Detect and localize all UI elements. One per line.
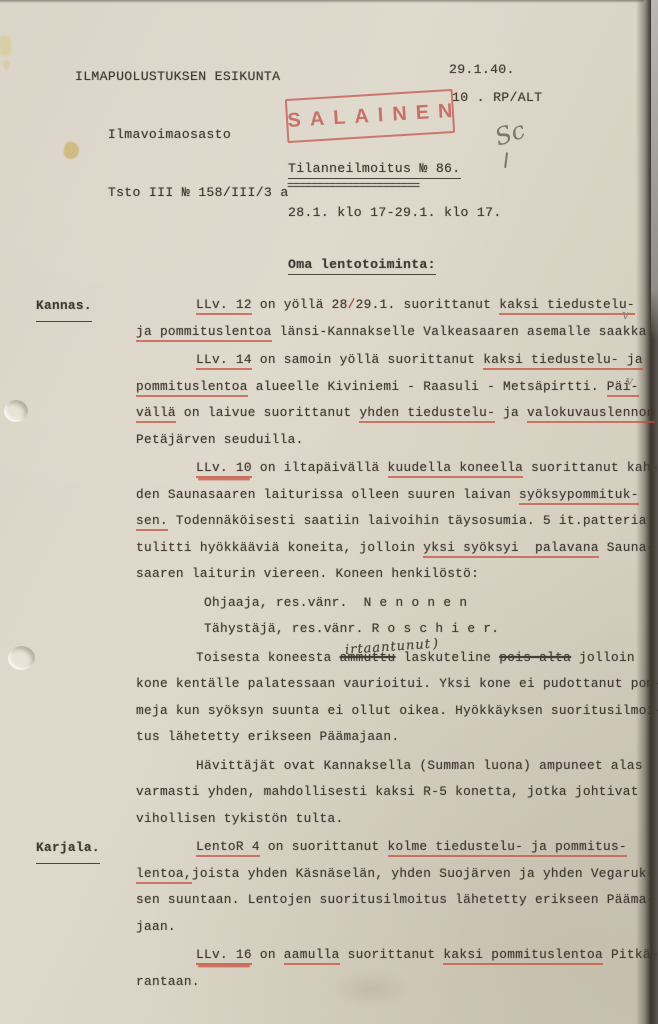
text-segment: on suorittanut [260, 839, 388, 854]
text-segment: on yöllä 28 [252, 297, 348, 312]
text-segment: pois alta [499, 650, 571, 665]
text-segment: joista yhden Käsnäselän, yhden Suojärven… [192, 866, 655, 881]
text-line: LLv. 12 on yöllä 28/29.1. suorittanut ka… [136, 292, 648, 319]
document-date: 29.1.40. [449, 62, 515, 77]
text-segment: on [252, 947, 284, 962]
text-segment: kolme tiedustelu- ja pommitus- [388, 839, 627, 857]
text-segment: kaksi tiedustelu- [499, 297, 635, 315]
text-segment: Petäjärven seuduilla. [136, 432, 304, 447]
text-segment: vihollisen tykistön tulta. [136, 811, 343, 826]
paragraph: Hävittäjät ovat Kannaksella (Summan luon… [136, 753, 648, 833]
text-line: den Saunasaaren laiturissa olleen suuren… [136, 482, 648, 509]
text-segment: länsi-Kannakselle Valkeasaaren asemalle … [272, 324, 655, 339]
text-segment: aamulla [284, 947, 340, 965]
paragraph: LLv. 16 on aamulla suorittanut kaksi pom… [136, 942, 648, 995]
text-segment: pommituslentoa [136, 379, 248, 397]
text-segment: 29.1. suorittanut [356, 297, 500, 312]
report-section: Karjala.LentoR 4 on suorittanut kolme ti… [136, 834, 648, 995]
text-segment: kaksi tiedustelu- ja [483, 352, 643, 370]
text-segment: / [348, 297, 356, 312]
text-line: sen. Todennäköisesti saatiin laivoihin t… [136, 508, 648, 535]
paper-right-sliver [651, 0, 658, 340]
text-line: kone kentälle palatessaan vaurioitui. Yk… [136, 671, 648, 698]
text-line: ja pommituslentoa länsi-Kannakselle Valk… [136, 319, 648, 346]
text-line: Hävittäjät ovat Kannaksella (Summan luon… [136, 753, 648, 780]
secret-stamp: SALAINEN [285, 89, 455, 143]
text-segment: LLv. 16 [196, 947, 252, 965]
text-line: varmasti yhden, mahdollisesti kaksi R-5 … [136, 779, 648, 806]
text-segment: suorittanut kah- [523, 460, 658, 475]
text-line: Toisesta koneesta ammuttu laskutelineirt… [136, 645, 648, 672]
text-segment: tus lähetetty erikseen Päämajaan. [136, 729, 399, 744]
text-segment: lentoa, [136, 866, 192, 884]
paragraph: Toisesta koneesta ammuttu laskutelineirt… [136, 645, 648, 751]
text-segment: Todennäköisesti saatiin laivoihin täysos… [168, 513, 647, 528]
text-segment: den Saunasaaren laiturissa olleen suuren… [136, 487, 519, 502]
text-segment: on iltapäivällä [252, 460, 388, 475]
text-line: sen suuntaan. Lentojen suoritusilmoitus … [136, 887, 648, 914]
text-segment: Pitkä- [603, 947, 658, 962]
paragraph: LentoR 4 on suorittanut kolme tiedustelu… [136, 834, 648, 940]
text-segment: meja kun syöksyn suunta ei ollut oikea. … [136, 703, 658, 718]
text-segment: rantaan. [136, 974, 200, 989]
text-line: lentoa,joista yhden Käsnäselän, yhden Su… [136, 861, 648, 888]
margin-section-label: Karjala. [36, 835, 100, 864]
report-section: Kannas.LLv. 12 on yöllä 28/29.1. suoritt… [136, 292, 648, 832]
org-line-3: Tsto III № 158/III/3 a [108, 185, 289, 200]
text-line: LentoR 4 on suorittanut kolme tiedustelu… [136, 834, 648, 861]
text-segment: on laivue suorittanut [176, 405, 360, 420]
text-line: LLv. 14 on samoin yöllä suorittanut kaks… [136, 347, 648, 374]
tape-residue [0, 36, 11, 56]
text-segment: kaksi pommituslentoa [443, 947, 603, 965]
text-segment: varmasti yhden, mahdollisesti kaksi R-5 … [136, 784, 639, 799]
text-segment: Hävittäjät ovat Kannaksella (Summan luon… [196, 758, 643, 773]
tape-residue [3, 60, 10, 69]
text-segment: on samoin yöllä suorittanut [252, 352, 483, 367]
text-segment: sen suuntaan. Lentojen suoritusilmoitus … [136, 892, 655, 907]
text-segment: syöksypommituk- [519, 487, 639, 505]
text-segment: kuudella koneella [388, 460, 524, 478]
text-segment: LLv. 10 [196, 460, 252, 478]
document-page: ILMAPUOLUSTUKSEN ESIKUNTA Ilmavoimaosast… [0, 0, 658, 1024]
paragraph: LLv. 14 on samoin yöllä suorittanut kaks… [136, 347, 648, 453]
text-line: vihollisen tykistön tulta. [136, 806, 648, 833]
text-line: tulitti hyökkääviä koneita, jolloin yksi… [136, 535, 648, 562]
text-segment: sen. [136, 513, 168, 531]
text-line: LLv. 16 on aamulla suorittanut kaksi pom… [136, 942, 648, 969]
text-line: vällä on laivue suorittanut yhden tiedus… [136, 400, 648, 427]
document-reference: 10 . RP/ALT [452, 90, 542, 105]
text-segment: Toisesta koneesta [196, 650, 340, 665]
text-segment: yhden tiedustelu- [359, 405, 495, 423]
text-segment: valokuvauslennon [527, 405, 655, 423]
text-segment: ja [495, 405, 527, 420]
org-line-2: Ilmavoimaosasto [108, 127, 231, 142]
text-line: Petäjärven seuduilla. [136, 427, 648, 454]
text-segment: laskutelineirtaantunut [403, 650, 491, 665]
section-heading: Oma lentotoiminta: [288, 257, 436, 275]
text-segment: ja pommituslentoa [136, 324, 272, 342]
text-line: LLv. 10 on iltapäivällä kuudella koneell… [136, 455, 648, 482]
text-segment: jaan. [136, 919, 176, 934]
text-segment: yksi syöksyi palavana [423, 540, 599, 558]
paper-top-edge [0, 0, 644, 3]
text-segment: LentoR 4 [196, 839, 260, 857]
text-segment: Päi- [607, 379, 639, 397]
paragraph: LLv. 10 on iltapäivällä kuudella koneell… [136, 455, 648, 588]
text-line: jaan. [136, 914, 648, 941]
text-line: tus lähetetty erikseen Päämajaan. [136, 724, 648, 751]
margin-section-label: Kannas. [36, 293, 92, 322]
title-underline-row: ====================== [287, 179, 419, 193]
text-segment: suorittanut [340, 947, 444, 962]
text-segment: tulitti hyökkääviä koneita, jolloin [136, 540, 423, 555]
text-segment: jolloin [571, 650, 635, 665]
text-segment: Sauna- [599, 540, 655, 555]
paragraph: LLv. 12 on yöllä 28/29.1. suorittanut ka… [136, 292, 648, 345]
hole-punch [8, 646, 35, 670]
text-line: saaren laiturin viereen. Koneen henkilös… [136, 561, 648, 588]
hole-punch [4, 400, 28, 422]
text-segment: LLv. 14 [196, 352, 252, 370]
text-segment: saaren laiturin viereen. Koneen henkilös… [136, 566, 479, 581]
org-header: ILMAPUOLUSTUKSEN ESIKUNTA Ilmavoimaosast… [75, 62, 289, 207]
pencil-initials: Sc [491, 109, 554, 172]
text-line: meja kun syöksyn suunta ei ollut oikea. … [136, 698, 648, 725]
report-period: 28.1. klo 17-29.1. klo 17. [288, 205, 502, 220]
text-segment: alueelle Kiviniemi - Raasuli - Metsäpirt… [248, 379, 607, 394]
text-line: Ohjaaja, res.vänr. N e n o n e n [136, 590, 648, 617]
org-line-1: ILMAPUOLUSTUKSEN ESIKUNTA [75, 69, 280, 84]
text-segment: Ohjaaja, res.vänr. N e n o n e n [204, 595, 467, 610]
report-body: Kannas.LLv. 12 on yöllä 28/29.1. suoritt… [136, 292, 648, 997]
text-segment: kone kentälle palatessaan vaurioitui. Yk… [136, 676, 658, 691]
text-segment: LLv. 12 [196, 297, 252, 315]
text-line: pommituslentoa alueelle Kiviniemi - Raas… [136, 374, 648, 401]
text-segment: vällä [136, 405, 176, 423]
document-title: Tilanneilmoitus № 86. [288, 161, 461, 179]
text-line: rantaan. [136, 969, 648, 996]
